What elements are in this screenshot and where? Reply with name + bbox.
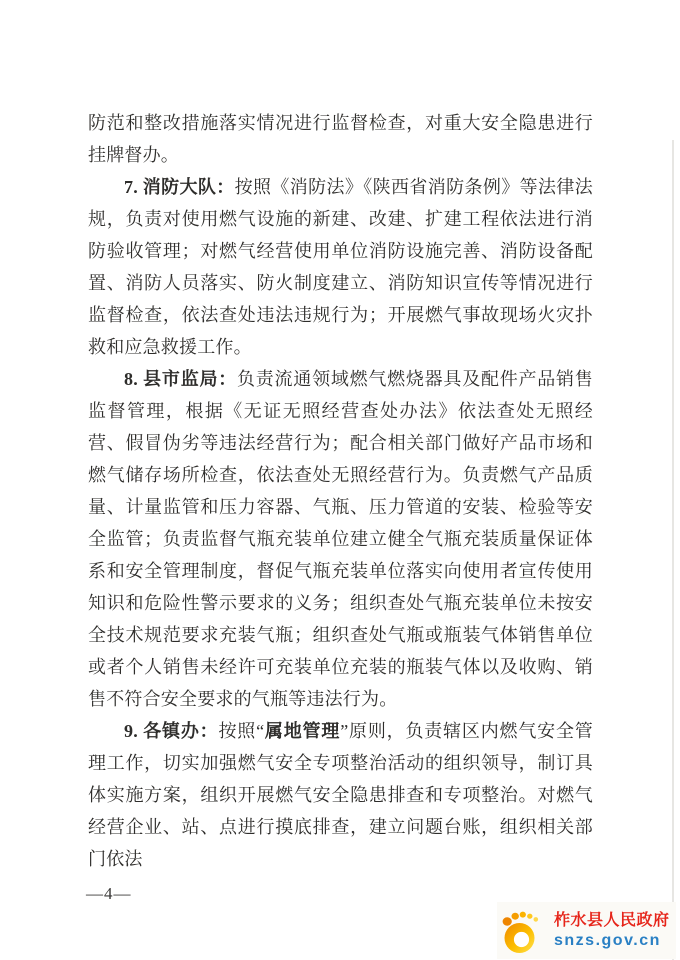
paragraph-lead: 8. 县市监局： [124,369,237,389]
paragraph-text: 防范和整改措施落实情况进行监督检查，对重大安全隐患进行挂牌督办。 [88,113,593,165]
gov-site-text: 柞水县人民政府 snzs.gov.cn [554,913,670,949]
paragraph: 8. 县市监局：负责流通领域燃气燃烧器具及配件产品销售监督管理，根据《无证无照经… [88,363,593,715]
paragraph: 9. 各镇办：按照“属地管理”原则，负责辖区内燃气安全管理工作，切实加强燃气安全… [88,715,593,875]
gov-site-url: snzs.gov.cn [554,933,670,949]
paragraph: 防范和整改措施落实情况进行监督检查，对重大安全隐患进行挂牌督办。 [88,107,593,171]
paragraph-lead: 属地管理 [264,721,340,741]
footprint-logo-icon [500,907,546,955]
paragraph-lead: 7. 消防大队： [124,177,235,197]
paragraph-text: 负责流通领域燃气燃烧器具及配件产品销售监督管理，根据《无证无照经营查处办法》依法… [88,369,593,709]
paragraph-text: 按照“ [218,721,264,741]
paragraph-text: ”原则，负责辖区内燃气安全管理工作，切实加强燃气安全专项整治活动的组织领导，制订… [88,721,593,869]
gov-site-badge: 柞水县人民政府 snzs.gov.cn [497,902,676,959]
paragraph: 7. 消防大队：按照《消防法》《陕西省消防条例》等法律法规，负责对使用燃气设施的… [88,171,593,363]
scan-edge-artifact [672,140,674,960]
gov-site-name: 柞水县人民政府 [554,913,670,929]
paragraph-text: 按照《消防法》《陕西省消防条例》等法律法规，负责对使用燃气设施的新建、改建、扩建… [88,177,593,357]
document-text: 防范和整改措施落实情况进行监督检查，对重大安全隐患进行挂牌督办。7. 消防大队：… [88,107,593,875]
page-number: —4— [86,884,132,904]
scanned-document-page: 防范和整改措施落实情况进行监督检查，对重大安全隐患进行挂牌督办。7. 消防大队：… [0,0,680,960]
paragraph-lead: 9. 各镇办： [124,721,218,741]
